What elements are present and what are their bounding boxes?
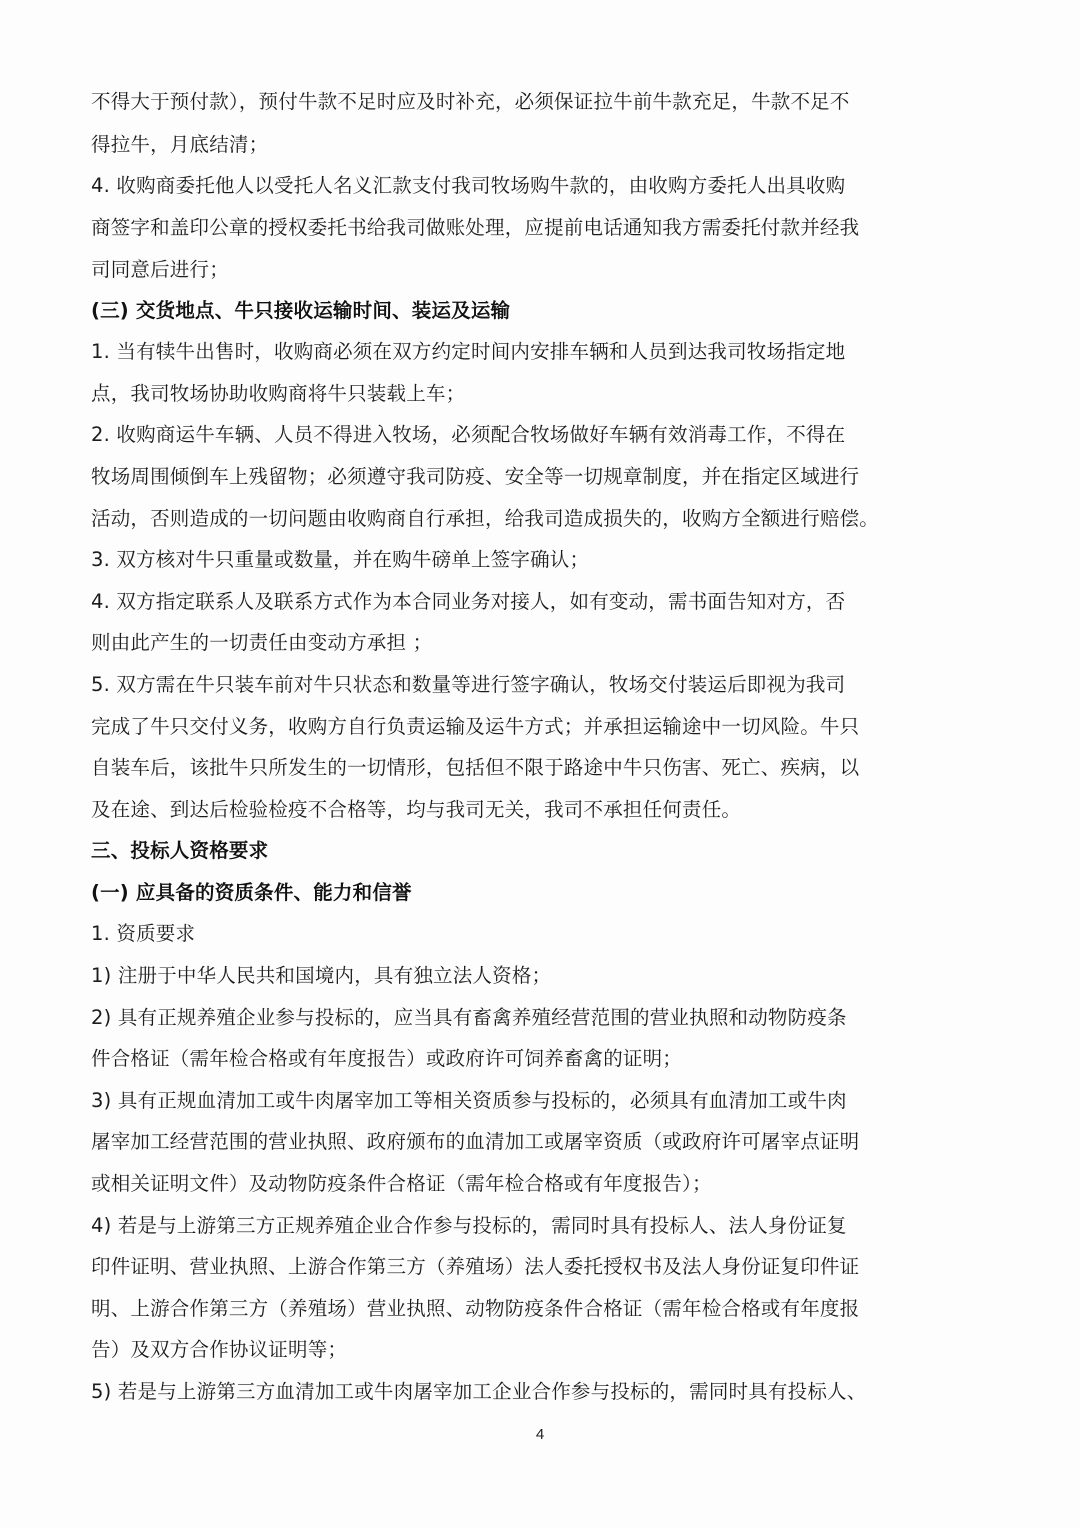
text-line: 2. 收购商运牛车辆、人员不得进入牧场，必须配合牧场做好车辆有效消毒工作，不得在 [91,421,845,449]
text-line: 完成了牛只交付义务，收购方自行负责运输及运牛方式；并承担运输途中一切风险。牛只 [91,713,859,741]
text-line: 司同意后进行； [91,256,229,284]
text-line: 明、上游合作第三方（养殖场）营业执照、动物防疫条件合格证（需年检合格或有年度报 [91,1295,859,1323]
chapter-heading: 三、投标人资格要求 [91,837,268,865]
section-heading: (一) 应具备的资质条件、能力和信誉 [91,879,412,907]
text-line: 不得大于预付款），预付牛款不足时应及时补充，必须保证拉牛前牛款充足，牛款不足不 [91,88,850,116]
text-line: 件合格证（需年检合格或有年度报告）或政府许可饲养畜禽的证明； [91,1045,682,1073]
section-heading: (三) 交货地点、牛只接收运输时间、装运及运输 [91,297,510,325]
text-line: 得拉牛，月底结清； [91,131,268,159]
text-line: 及在途、到达后检验检疫不合格等，均与我司无关，我司不承担任何责任。 [91,796,741,824]
text-line: 5) 若是与上游第三方血清加工或牛肉屠宰加工企业合作参与投标的，需同时具有投标人… [91,1378,866,1406]
text-line: 点，我司牧场协助收购商将牛只装载上车； [91,380,465,408]
page-number: 4 [0,1426,1080,1443]
text-line: 牧场周围倾倒车上残留物；必须遵守我司防疫、安全等一切规章制度，并在指定区域进行 [91,463,859,491]
text-line: 3. 双方核对牛只重量或数量，并在购牛磅单上签字确认； [91,546,589,574]
text-line: 4) 若是与上游第三方正规养殖企业合作参与投标的，需同时具有投标人、法人身份证复 [91,1212,847,1240]
text-line: 自装车后，该批牛只所发生的一切情形，包括但不限于路途中牛只伤害、死亡、疾病，以 [91,754,859,782]
text-line: 4. 双方指定联系人及联系方式作为本合同业务对接人，如有变动，需书面告知对方，否 [91,588,845,616]
text-line: 告）及双方合作协议证明等； [91,1336,347,1364]
text-line: 或相关证明文件）及动物防疫条件合格证（需年检合格或有年度报告）； [91,1170,712,1198]
text-line: 1) 注册于中华人民共和国境内，具有独立法人资格； [91,962,551,990]
text-line: 1. 资质要求 [91,920,195,948]
text-line: 则由此产生的一切责任由变动方承担 ； [91,629,432,657]
text-line: 5. 双方需在牛只装车前对牛只状态和数量等进行签字确认，牧场交付装运后即视为我司 [91,671,845,699]
text-line: 活动，否则造成的一切问题由收购商自行承担，给我司造成损失的，收购方全额进行赔偿。 [91,505,879,533]
document-page: 不得大于预付款），预付牛款不足时应及时补充，必须保证拉牛前牛款充足，牛款不足不 … [0,0,1080,1528]
text-line: 3) 具有正规血清加工或牛肉屠宰加工等相关资质参与投标的，必须具有血清加工或牛肉 [91,1087,847,1115]
text-line: 4. 收购商委托他人以受托人名义汇款支付我司牧场购牛款的，由收购方委托人出具收购 [91,172,845,200]
text-line: 1. 当有犊牛出售时，收购商必须在双方约定时间内安排车辆和人员到达我司牧场指定地 [91,338,845,366]
text-line: 2) 具有正规养殖企业参与投标的，应当具有畜禽养殖经营范围的营业执照和动物防疫条 [91,1004,847,1032]
text-line: 印件证明、营业执照、上游合作第三方（养殖场）法人委托授权书及法人身份证复印件证 [91,1253,859,1281]
text-line: 屠宰加工经营范围的营业执照、政府颁布的血清加工或屠宰资质（或政府许可屠宰点证明 [91,1128,859,1156]
text-line: 商签字和盖印公章的授权委托书给我司做账处理，应提前电话通知我方需委托付款并经我 [91,214,859,242]
